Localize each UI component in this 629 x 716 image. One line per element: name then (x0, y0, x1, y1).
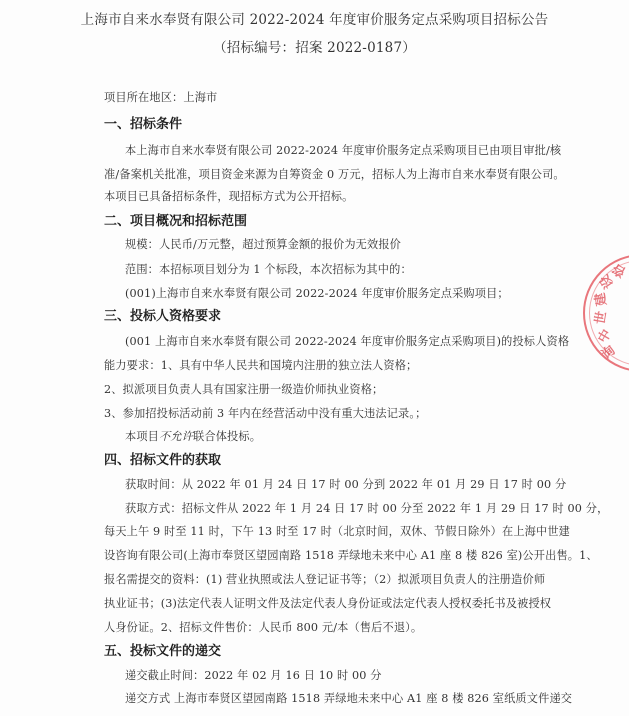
document-subtitle: （招标编号：招案 2022-0187） (0, 36, 629, 56)
section-4-line-2: 获取方式：招标文件从 2022 年 1 月 24 日 17 时 00 分至 20… (125, 500, 608, 516)
section-4-line-7: 人身份证。2、招标文件售价：人民币 800 元/本（售后不退）。 (104, 619, 422, 635)
company-seal-stamp: 中 世 建 设 咨 询 (583, 254, 629, 372)
section-heading-2: 二、项目概况和招标范围 (104, 210, 247, 229)
consortium-prefix: 本项目 (125, 430, 159, 443)
project-region: 项目所在地区：上海市 (104, 89, 217, 105)
consortium-line: 本项目不允许联合体投标。 (125, 428, 261, 444)
consortium-suffix: 联合体投标。 (193, 430, 261, 443)
section-1-line-2: 准/备案机关批准，项目资金来源为自筹资金 0 万元，招标人为上海市自来水奉贤有限… (104, 166, 565, 182)
consortium-not-allowed: 不允许 (159, 430, 193, 443)
section-3-line-2: 能力要求：1、具有中华人民共和国境内注册的独立法人资格； (104, 357, 417, 373)
section-2-line-1: 规模：人民币/万元整，超过预算金额的报价为无效报价 (125, 236, 401, 252)
section-heading-1: 一、招标条件 (104, 113, 182, 132)
section-4-line-4: 设咨询有限公司(上海市奉贤区望园南路 1518 弄绿地未来中心 A1 座 8 楼… (104, 547, 598, 563)
section-heading-4: 四、招标文件的获取 (104, 449, 221, 468)
section-heading-5: 五、投标文件的递交 (104, 640, 221, 659)
section-heading-3: 三、投标人资格要求 (104, 305, 221, 324)
section-4-line-3: 每天上午 9 时至 11 时，下午 13 时至 17 时（北京时间，双休、节假日… (104, 523, 570, 539)
section-3-line-3: 2、拟派项目负责人具有国家注册一级造价师执业资格； (104, 381, 383, 397)
document-page: 上海市自来水奉贤有限公司 2022-2024 年度审价服务定点采购项目招标公告 … (0, 0, 629, 716)
section-3-line-4: 3、参加招投标活动前 3 年内在经营活动中没有重大违法记录。； (104, 405, 426, 421)
section-4-line-1: 获取时间：从 2022 年 01 月 24 日 17 时 00 分到 2022 … (125, 476, 566, 492)
section-5-line-1: 递交截止时间：2022 年 02 月 16 日 10 时 00 分 (125, 667, 382, 683)
section-4-line-5: 报名需提交的资料：(1) 营业执照或法人登记证书等；（2）拟派项目负责人的注册造… (104, 571, 545, 587)
section-1-line-1: 本上海市自来水奉贤有限公司 2022-2024 年度审价服务定点采购项目已由项目… (125, 142, 561, 158)
section-4-line-6: 执业证书；(3)法定代表人证明文件及法定代表人身份证或法定代表人授权委托书及被授… (104, 595, 551, 611)
section-2-line-3: (001)上海市自来水奉贤有限公司 2022-2024 年度审价服务定点采购项目… (125, 285, 509, 301)
section-2-line-2: 范围：本招标项目划分为 1 个标段，本次招标为其中的： (125, 261, 412, 277)
section-3-line-1: (001 上海市自来水奉贤有限公司 2022-2024 年度审价服务定点采购项目… (125, 333, 569, 349)
section-1-line-3: 本项目已具备招标条件，现招标方式为公开招标。 (104, 188, 353, 204)
section-5-line-2: 递交方式 上海市奉贤区望园南路 1518 弄绿地未来中心 A1 座 8 楼 82… (125, 690, 572, 706)
document-title: 上海市自来水奉贤有限公司 2022-2024 年度审价服务定点采购项目招标公告 (0, 8, 629, 28)
